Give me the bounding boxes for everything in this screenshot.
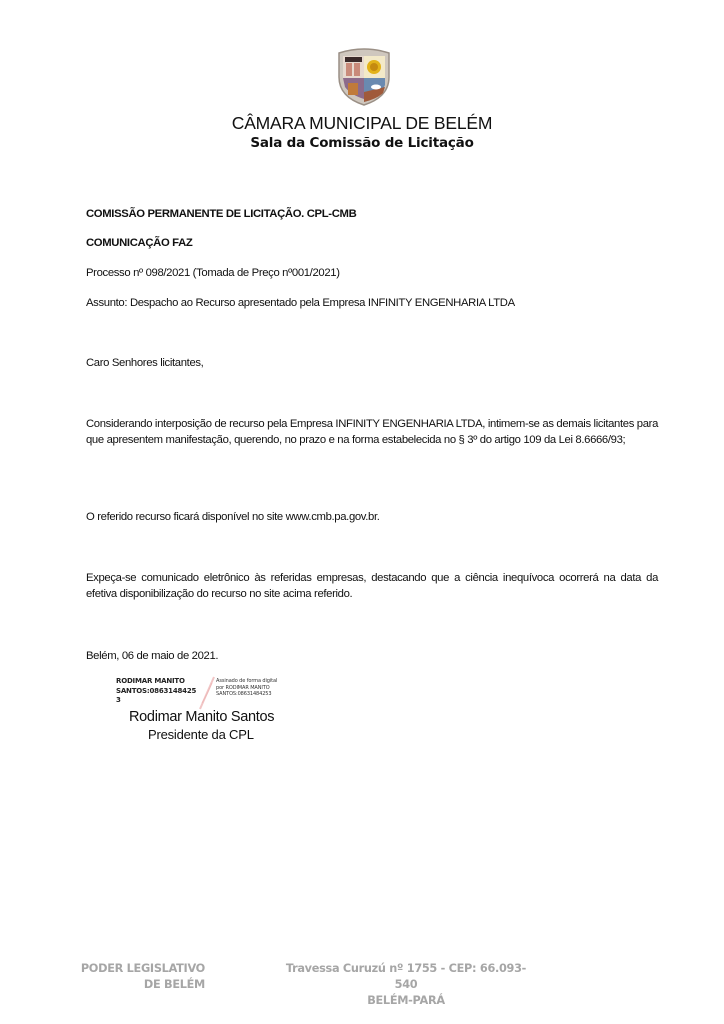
paragraph-notification: Expeça-se comunicado eletrônico às refer… xyxy=(86,570,658,602)
subject-line: Assunto: Despacho ao Recurso apresentado… xyxy=(86,295,515,311)
heading-communication: COMUNICAÇÃO FAZ xyxy=(86,235,192,251)
place-date: Belém, 06 de maio de 2021. xyxy=(86,648,218,664)
paragraph-availability: O referido recurso ficará disponível no … xyxy=(86,509,380,525)
document-subtitle: Sala da Comissão de Licitação xyxy=(0,135,724,151)
paragraph-appeal: Considerando interposição de recurso pel… xyxy=(86,416,658,448)
footer-address: Travessa Curuzú nº 1755 - CEP: 66.093-54… xyxy=(280,961,532,1009)
signer-role: Presidente da CPL xyxy=(148,727,254,742)
signer-name: Rodimar Manito Santos xyxy=(129,709,274,725)
footer-institution: PODER LEGISLATIVO DE BELÉM xyxy=(80,961,205,993)
document-title: CÂMARA MUNICIPAL DE BELÉM xyxy=(0,113,724,134)
digital-signature-name: RODIMAR MANITO SANTOS:0863148425 3 xyxy=(116,677,196,706)
signature-watermark-icon xyxy=(196,673,218,713)
digital-signature-stamp: RODIMAR MANITO SANTOS:0863148425 3 Assin… xyxy=(116,677,296,707)
process-number: Processo nº 098/2021 (Tomada de Preço nº… xyxy=(86,265,340,281)
coat-of-arms-icon xyxy=(333,47,395,107)
heading-commission: COMISSÃO PERMANENTE DE LICITAÇÃO. CPL-CM… xyxy=(86,206,356,222)
digital-signature-description: Assinado de forma digital por RODIMAR MA… xyxy=(216,678,277,698)
salutation: Caro Senhores licitantes, xyxy=(86,355,203,371)
